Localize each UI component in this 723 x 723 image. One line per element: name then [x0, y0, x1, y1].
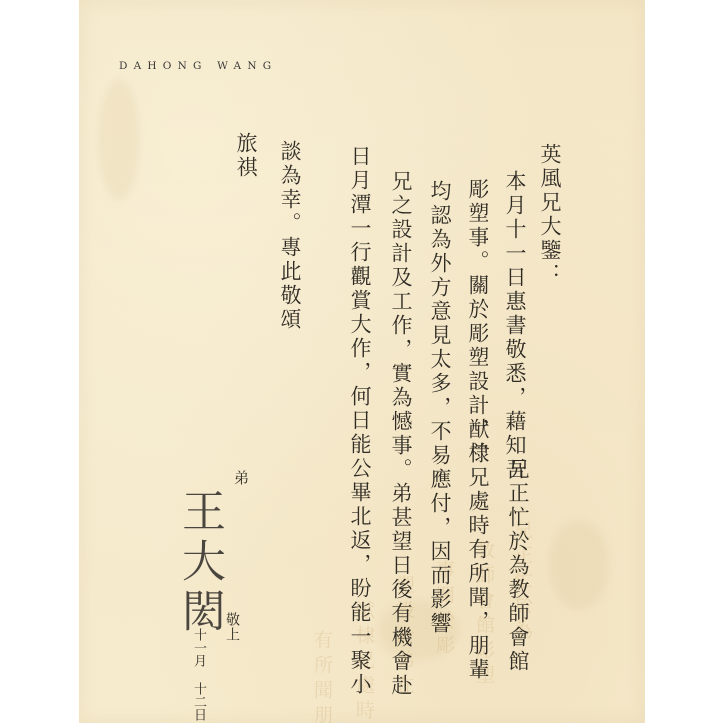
letter-paper: 兄正忙於為 教師會館彫塑 事關於彫 塑設計弟在 猷棣兄處時 有所聞朋 DAHON… — [79, 0, 645, 723]
letter-line-1b: 兄正忙於為教師會館 — [507, 458, 528, 674]
paper-stain — [99, 80, 139, 200]
letter-line-5: 日月潭一行觀賞大作，何日能公畢北返，盼能一聚小 — [349, 145, 370, 697]
letter-date: 十一月 十二日 — [189, 628, 208, 721]
closing-salutation: 旅祺 — [235, 132, 256, 180]
letterhead: DAHONG WANG — [119, 60, 277, 72]
signature-prefix: 弟 — [231, 470, 252, 486]
letter-line-1: 本月十一日惠書敬悉，藉知吾 — [504, 170, 525, 482]
letter-line-2b: 猷棣兄處時有所聞，朋輩 — [467, 418, 488, 682]
signature-suffix: 敬上 — [222, 612, 242, 642]
letter-line-6: 談為幸。專此敬頌 — [279, 140, 300, 332]
letter-line-4: 兄之設計及工作，實為憾事。弟甚望日後有機會赴 — [390, 170, 411, 698]
salutation: 英風兄大鑒： — [539, 143, 560, 287]
paper-stain — [549, 520, 609, 610]
ink-show-through: 有所聞朋 — [309, 630, 336, 723]
letter-line-2: 彫塑事。關於彫塑設計，弟在猷 — [467, 178, 488, 448]
letter-line-3: 均認為外方意見太多，不易應付，因而影響 — [429, 180, 450, 636]
